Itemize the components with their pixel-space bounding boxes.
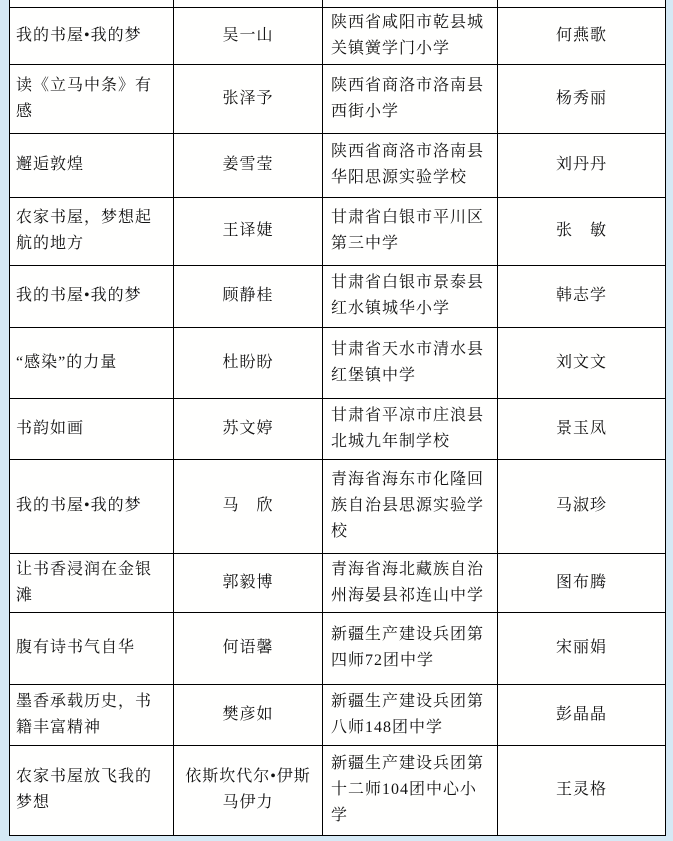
essay-title-cell: 腹有诗书气自华 <box>10 612 174 684</box>
table-row: 我的书屋•我的梦 吴一山 陕西省咸阳市乾县城关镇黉学门小学 何燕歌 <box>10 7 666 64</box>
remnant-cell <box>498 0 666 7</box>
essay-title-cell: 我的书屋•我的梦 <box>10 7 174 64</box>
table-row: 农家书屋，梦想起航的地方 王译婕 甘肃省白银市平川区第三中学 张 敏 <box>10 197 666 265</box>
table-row: 邂逅敦煌 姜雪莹 陕西省商洛市洛南县华阳思源实验学校 刘丹丹 <box>10 133 666 197</box>
essay-title-cell: 墨香承载历史，书籍丰富精神 <box>10 684 174 745</box>
teacher-name-cell: 图布腾 <box>498 553 666 612</box>
teacher-name-cell: 王灵格 <box>498 745 666 835</box>
author-name-cell: 何语馨 <box>174 612 323 684</box>
school-cell: 陕西省商洛市洛南县华阳思源实验学校 <box>323 133 498 197</box>
teacher-name-cell: 张 敏 <box>498 197 666 265</box>
essay-title-cell: 邂逅敦煌 <box>10 133 174 197</box>
author-name-cell: 苏文婷 <box>174 398 323 459</box>
author-name-cell: 顾静桂 <box>174 265 323 327</box>
school-cell: 新疆生产建设兵团第十二师104团中心小学 <box>323 745 498 835</box>
essay-title-cell: 书韵如画 <box>10 398 174 459</box>
table-row: 读《立马中条》有感 张泽予 陕西省商洛市洛南县西街小学 杨秀丽 <box>10 64 666 133</box>
table-row: 我的书屋•我的梦 马 欣 青海省海东市化隆回族自治县思源实验学校 马淑珍 <box>10 459 666 553</box>
author-name-cell: 姜雪莹 <box>174 133 323 197</box>
previous-page-row-remnant <box>10 0 666 7</box>
essay-title-cell: 让书香浸润在金银滩 <box>10 553 174 612</box>
author-name-cell: 杜盼盼 <box>174 327 323 398</box>
school-cell: 甘肃省平凉市庄浪县北城九年制学校 <box>323 398 498 459</box>
teacher-name-cell: 韩志学 <box>498 265 666 327</box>
author-name-cell: 马 欣 <box>174 459 323 553</box>
school-cell: 新疆生产建设兵团第四师72团中学 <box>323 612 498 684</box>
teacher-name-cell: 景玉凤 <box>498 398 666 459</box>
school-cell: 陕西省商洛市洛南县西街小学 <box>323 64 498 133</box>
teacher-name-cell: 马淑珍 <box>498 459 666 553</box>
school-cell: 甘肃省白银市景泰县红水镇城华小学 <box>323 265 498 327</box>
remnant-cell <box>10 0 174 7</box>
author-name-cell: 吴一山 <box>174 7 323 64</box>
table-row: 墨香承载历史，书籍丰富精神 樊彦如 新疆生产建设兵团第八师148团中学 彭晶晶 <box>10 684 666 745</box>
table-row: 让书香浸润在金银滩 郭毅博 青海省海北藏族自治州海晏县祁连山中学 图布腾 <box>10 553 666 612</box>
teacher-name-cell: 杨秀丽 <box>498 64 666 133</box>
table-row: 腹有诗书气自华 何语馨 新疆生产建设兵团第四师72团中学 宋丽娟 <box>10 612 666 684</box>
essay-title-cell: “感染”的力量 <box>10 327 174 398</box>
author-name-cell: 依斯坎代尔•伊斯马伊力 <box>174 745 323 835</box>
essay-title-cell: 我的书屋•我的梦 <box>10 265 174 327</box>
essay-title-cell: 我的书屋•我的梦 <box>10 459 174 553</box>
page-background: 我的书屋•我的梦 吴一山 陕西省咸阳市乾县城关镇黉学门小学 何燕歌 读《立马中条… <box>0 0 673 841</box>
teacher-name-cell: 刘丹丹 <box>498 133 666 197</box>
author-name-cell: 樊彦如 <box>174 684 323 745</box>
author-name-cell: 郭毅博 <box>174 553 323 612</box>
remnant-cell <box>323 0 498 7</box>
essay-title-cell: 农家书屋放飞我的梦想 <box>10 745 174 835</box>
teacher-name-cell: 宋丽娟 <box>498 612 666 684</box>
school-cell: 青海省海东市化隆回族自治县思源实验学校 <box>323 459 498 553</box>
school-cell: 新疆生产建设兵团第八师148团中学 <box>323 684 498 745</box>
essay-title-cell: 农家书屋，梦想起航的地方 <box>10 197 174 265</box>
teacher-name-cell: 何燕歌 <box>498 7 666 64</box>
award-list-table: 我的书屋•我的梦 吴一山 陕西省咸阳市乾县城关镇黉学门小学 何燕歌 读《立马中条… <box>9 0 666 836</box>
school-cell: 甘肃省天水市清水县红堡镇中学 <box>323 327 498 398</box>
teacher-name-cell: 彭晶晶 <box>498 684 666 745</box>
author-name-cell: 张泽予 <box>174 64 323 133</box>
school-cell: 陕西省咸阳市乾县城关镇黉学门小学 <box>323 7 498 64</box>
table-row: 农家书屋放飞我的梦想 依斯坎代尔•伊斯马伊力 新疆生产建设兵团第十二师104团中… <box>10 745 666 835</box>
table-body: 我的书屋•我的梦 吴一山 陕西省咸阳市乾县城关镇黉学门小学 何燕歌 读《立马中条… <box>10 0 666 835</box>
school-cell: 青海省海北藏族自治州海晏县祁连山中学 <box>323 553 498 612</box>
table-row: 书韵如画 苏文婷 甘肃省平凉市庄浪县北城九年制学校 景玉凤 <box>10 398 666 459</box>
teacher-name-cell: 刘文文 <box>498 327 666 398</box>
author-name-cell: 王译婕 <box>174 197 323 265</box>
remnant-cell <box>174 0 323 7</box>
table-row: “感染”的力量 杜盼盼 甘肃省天水市清水县红堡镇中学 刘文文 <box>10 327 666 398</box>
essay-title-cell: 读《立马中条》有感 <box>10 64 174 133</box>
school-cell: 甘肃省白银市平川区第三中学 <box>323 197 498 265</box>
table-row: 我的书屋•我的梦 顾静桂 甘肃省白银市景泰县红水镇城华小学 韩志学 <box>10 265 666 327</box>
